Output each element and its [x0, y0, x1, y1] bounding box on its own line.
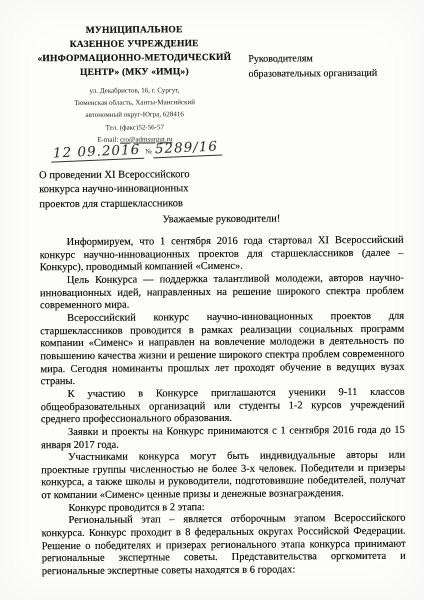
addressee-line: Руководителям: [248, 51, 416, 67]
body-paragraph: Заявки и проекты на Конкурс принимаются …: [41, 425, 405, 453]
letterhead-organization: МУНИЦИПАЛЬНОЕ КАЗЕННОЕ УЧРЕЖДЕНИЕ «ИНФОР…: [36, 23, 232, 80]
org-line: «ИНФОРМАЦИОННО-МЕТОДИЧЕСКИЙ: [36, 51, 232, 66]
handwritten-number: 5289/16: [153, 138, 223, 158]
org-line: КАЗЕННОЕ УЧРЕЖДЕНИЕ: [36, 37, 232, 52]
scanned-letter-page: МУНИЦИПАЛЬНОЕ КАЗЕННОЕ УЧРЕЖДЕНИЕ «ИНФОР…: [0, 0, 424, 600]
org-line: МУНИЦИПАЛЬНОЕ: [36, 23, 232, 38]
subject-line: О проведении XI Всероссийского: [39, 168, 254, 184]
addressee-block: Руководителям образовательных организаци…: [248, 51, 416, 82]
subject-line: конкурса научно-инновационных: [39, 182, 254, 198]
body-paragraph: Цель Конкурса — поддержка талантливой мо…: [40, 273, 404, 314]
subject-line: проектов для старшеклассников: [39, 196, 254, 212]
org-line: ЦЕНТР» (МКУ «ИМЦ»): [36, 65, 232, 80]
body-paragraph: Региональный этап – является отборочным …: [42, 513, 406, 579]
addressee-line: образовательных организаций: [248, 66, 416, 82]
letter-body: Информируем, что 1 сентября 2016 года ст…: [40, 235, 406, 579]
letterhead-address: ул. Декабристов, 16, г. Сургут, Тюменска…: [36, 84, 232, 146]
subject-block: О проведении XI Всероссийского конкурса …: [39, 168, 254, 212]
number-sign: №: [145, 147, 152, 155]
salutation: Уважаемые руководители!: [39, 213, 403, 227]
body-paragraph: К участию в Конкурсе приглашаются ученик…: [41, 387, 405, 428]
body-paragraph: Участниками конкурса могут быть индивиду…: [41, 450, 405, 503]
handwritten-date: 12 09.2016: [51, 142, 145, 163]
body-paragraph: Информируем, что 1 сентября 2016 года ст…: [40, 235, 404, 276]
letter-content: МУНИЦИПАЛЬНОЕ КАЗЕННОЕ УЧРЕЖДЕНИЕ «ИНФОР…: [0, 0, 424, 600]
body-paragraph: Всероссийский конкурс научно-инновационн…: [40, 311, 405, 389]
